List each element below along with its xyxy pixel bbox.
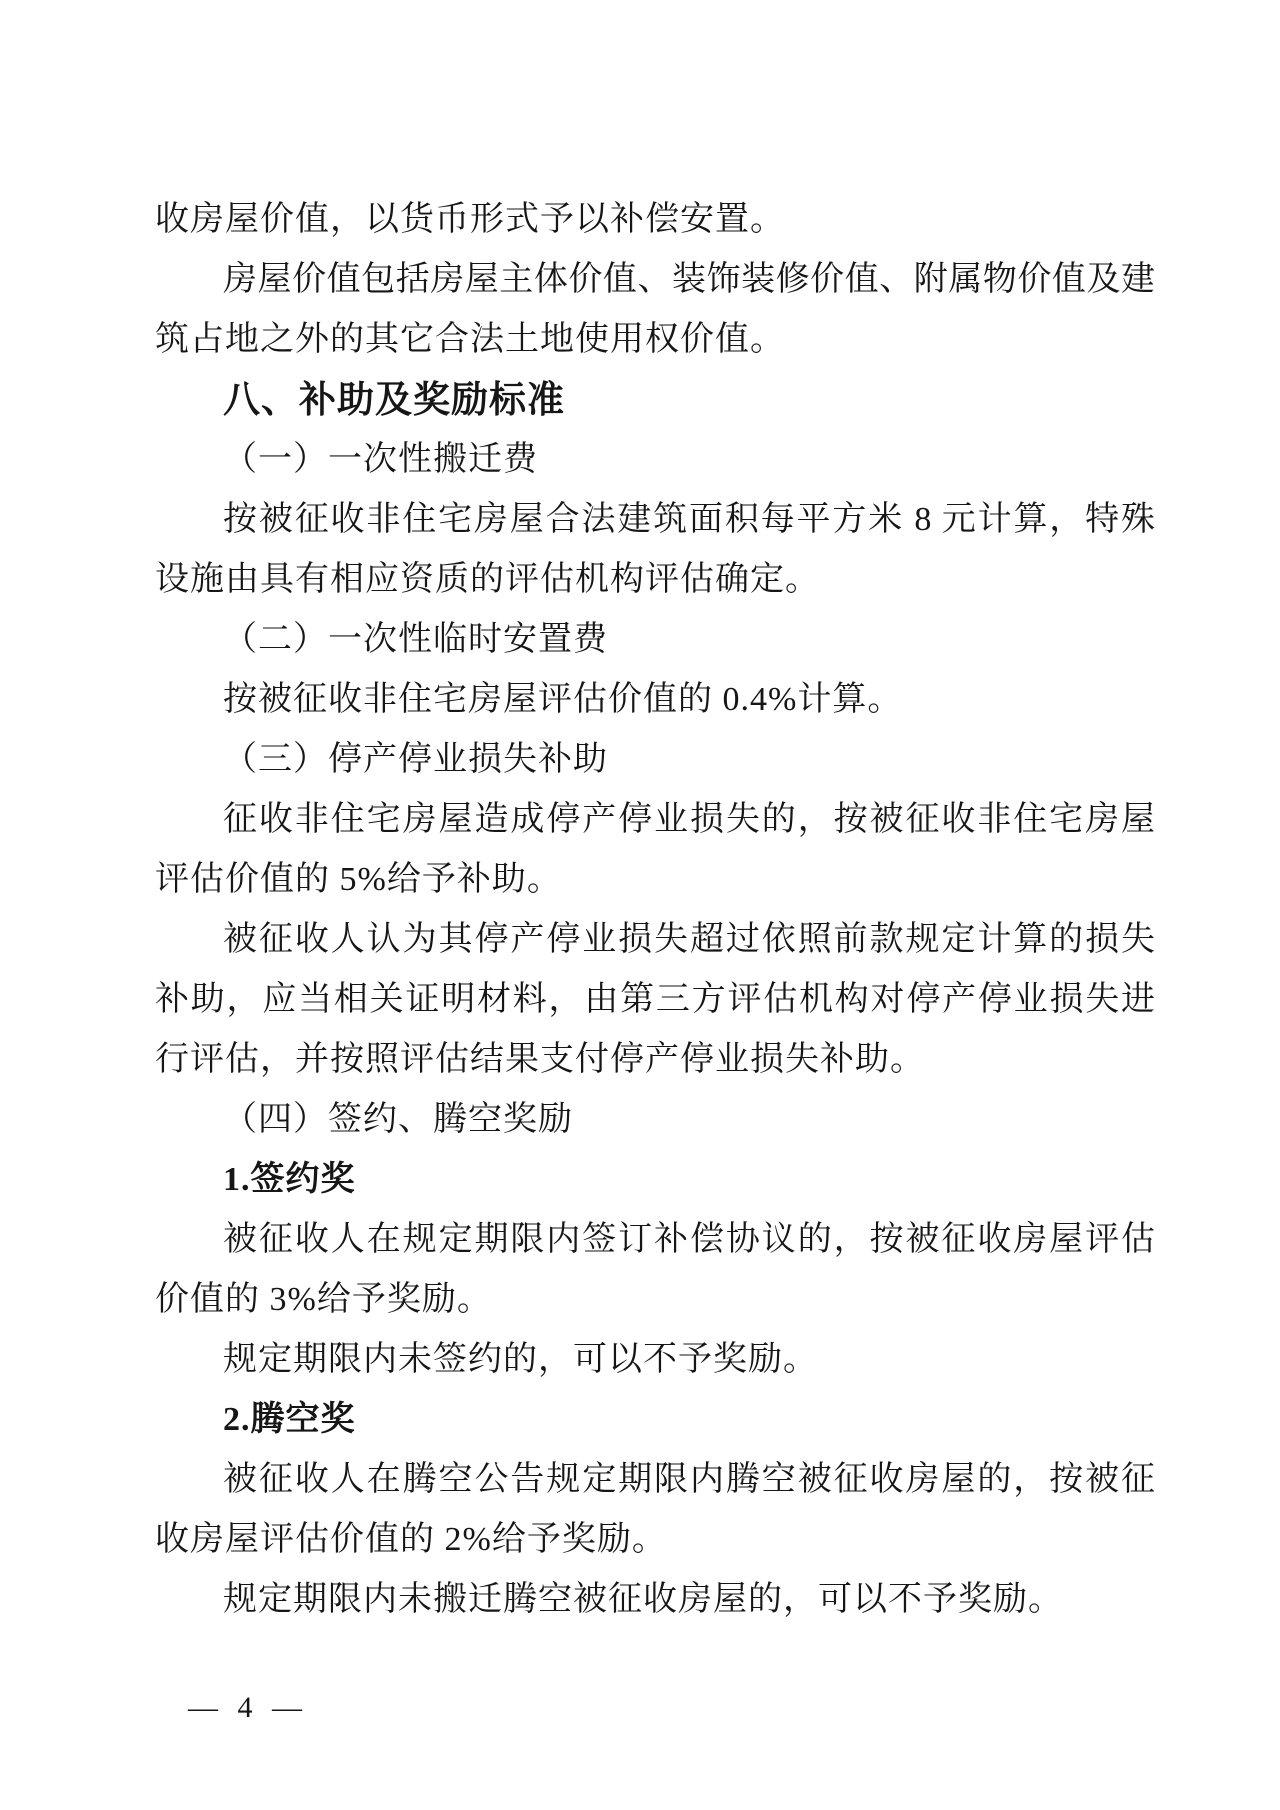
text-line: 评估价值的 5%给予补助。 <box>155 850 1155 910</box>
text-line: 按被征收非住宅房屋评估价值的 0.4%计算。 <box>155 670 1155 730</box>
text-line: 价值的 3%给予奖励。 <box>155 1270 1155 1330</box>
text-line: （四）签约、腾空奖励 <box>155 1090 1155 1150</box>
text-line: 按被征收非住宅房屋合法建筑面积每平方米 8 元计算，特殊 <box>155 490 1155 550</box>
text-line: 筑占地之外的其它合法土地使用权价值。 <box>155 310 1155 370</box>
text-line: 房屋价值包括房屋主体价值、装饰装修价值、附属物价值及建 <box>155 250 1155 310</box>
text-line: 规定期限内未搬迁腾空被征收房屋的，可以不予奖励。 <box>155 1570 1155 1630</box>
text-line: （二）一次性临时安置费 <box>155 610 1155 670</box>
text-line: 被征收人认为其停产停业损失超过依照前款规定计算的损失 <box>155 910 1155 970</box>
text-line: 行评估，并按照评估结果支付停产停业损失补助。 <box>155 1030 1155 1090</box>
text-line: 征收非住宅房屋造成停产停业损失的，按被征收非住宅房屋 <box>155 790 1155 850</box>
document-body: 收房屋价值，以货币形式予以补偿安置。房屋价值包括房屋主体价值、装饰装修价值、附属… <box>155 190 1155 1630</box>
text-line: 收房屋价值，以货币形式予以补偿安置。 <box>155 190 1155 250</box>
text-line: 1.签约奖 <box>155 1150 1155 1210</box>
text-line: （三）停产停业损失补助 <box>155 730 1155 790</box>
text-line: （一）一次性搬迁费 <box>155 430 1155 490</box>
text-line: 2.腾空奖 <box>155 1390 1155 1450</box>
page-number-footer: — 4 — <box>188 1688 308 1728</box>
text-line: 八、补助及奖励标准 <box>155 370 1155 430</box>
text-line: 设施由具有相应资质的评估机构评估确定。 <box>155 550 1155 610</box>
text-line: 被征收人在腾空公告规定期限内腾空被征收房屋的，按被征 <box>155 1450 1155 1510</box>
text-line: 收房屋评估价值的 2%给予奖励。 <box>155 1510 1155 1570</box>
text-line: 被征收人在规定期限内签订补偿协议的，按被征收房屋评估 <box>155 1210 1155 1270</box>
text-line: 规定期限内未签约的，可以不予奖励。 <box>155 1330 1155 1390</box>
page: 收房屋价值，以货币形式予以补偿安置。房屋价值包括房屋主体价值、装饰装修价值、附属… <box>0 0 1280 1810</box>
text-line: 补助，应当相关证明材料，由第三方评估机构对停产停业损失进 <box>155 970 1155 1030</box>
